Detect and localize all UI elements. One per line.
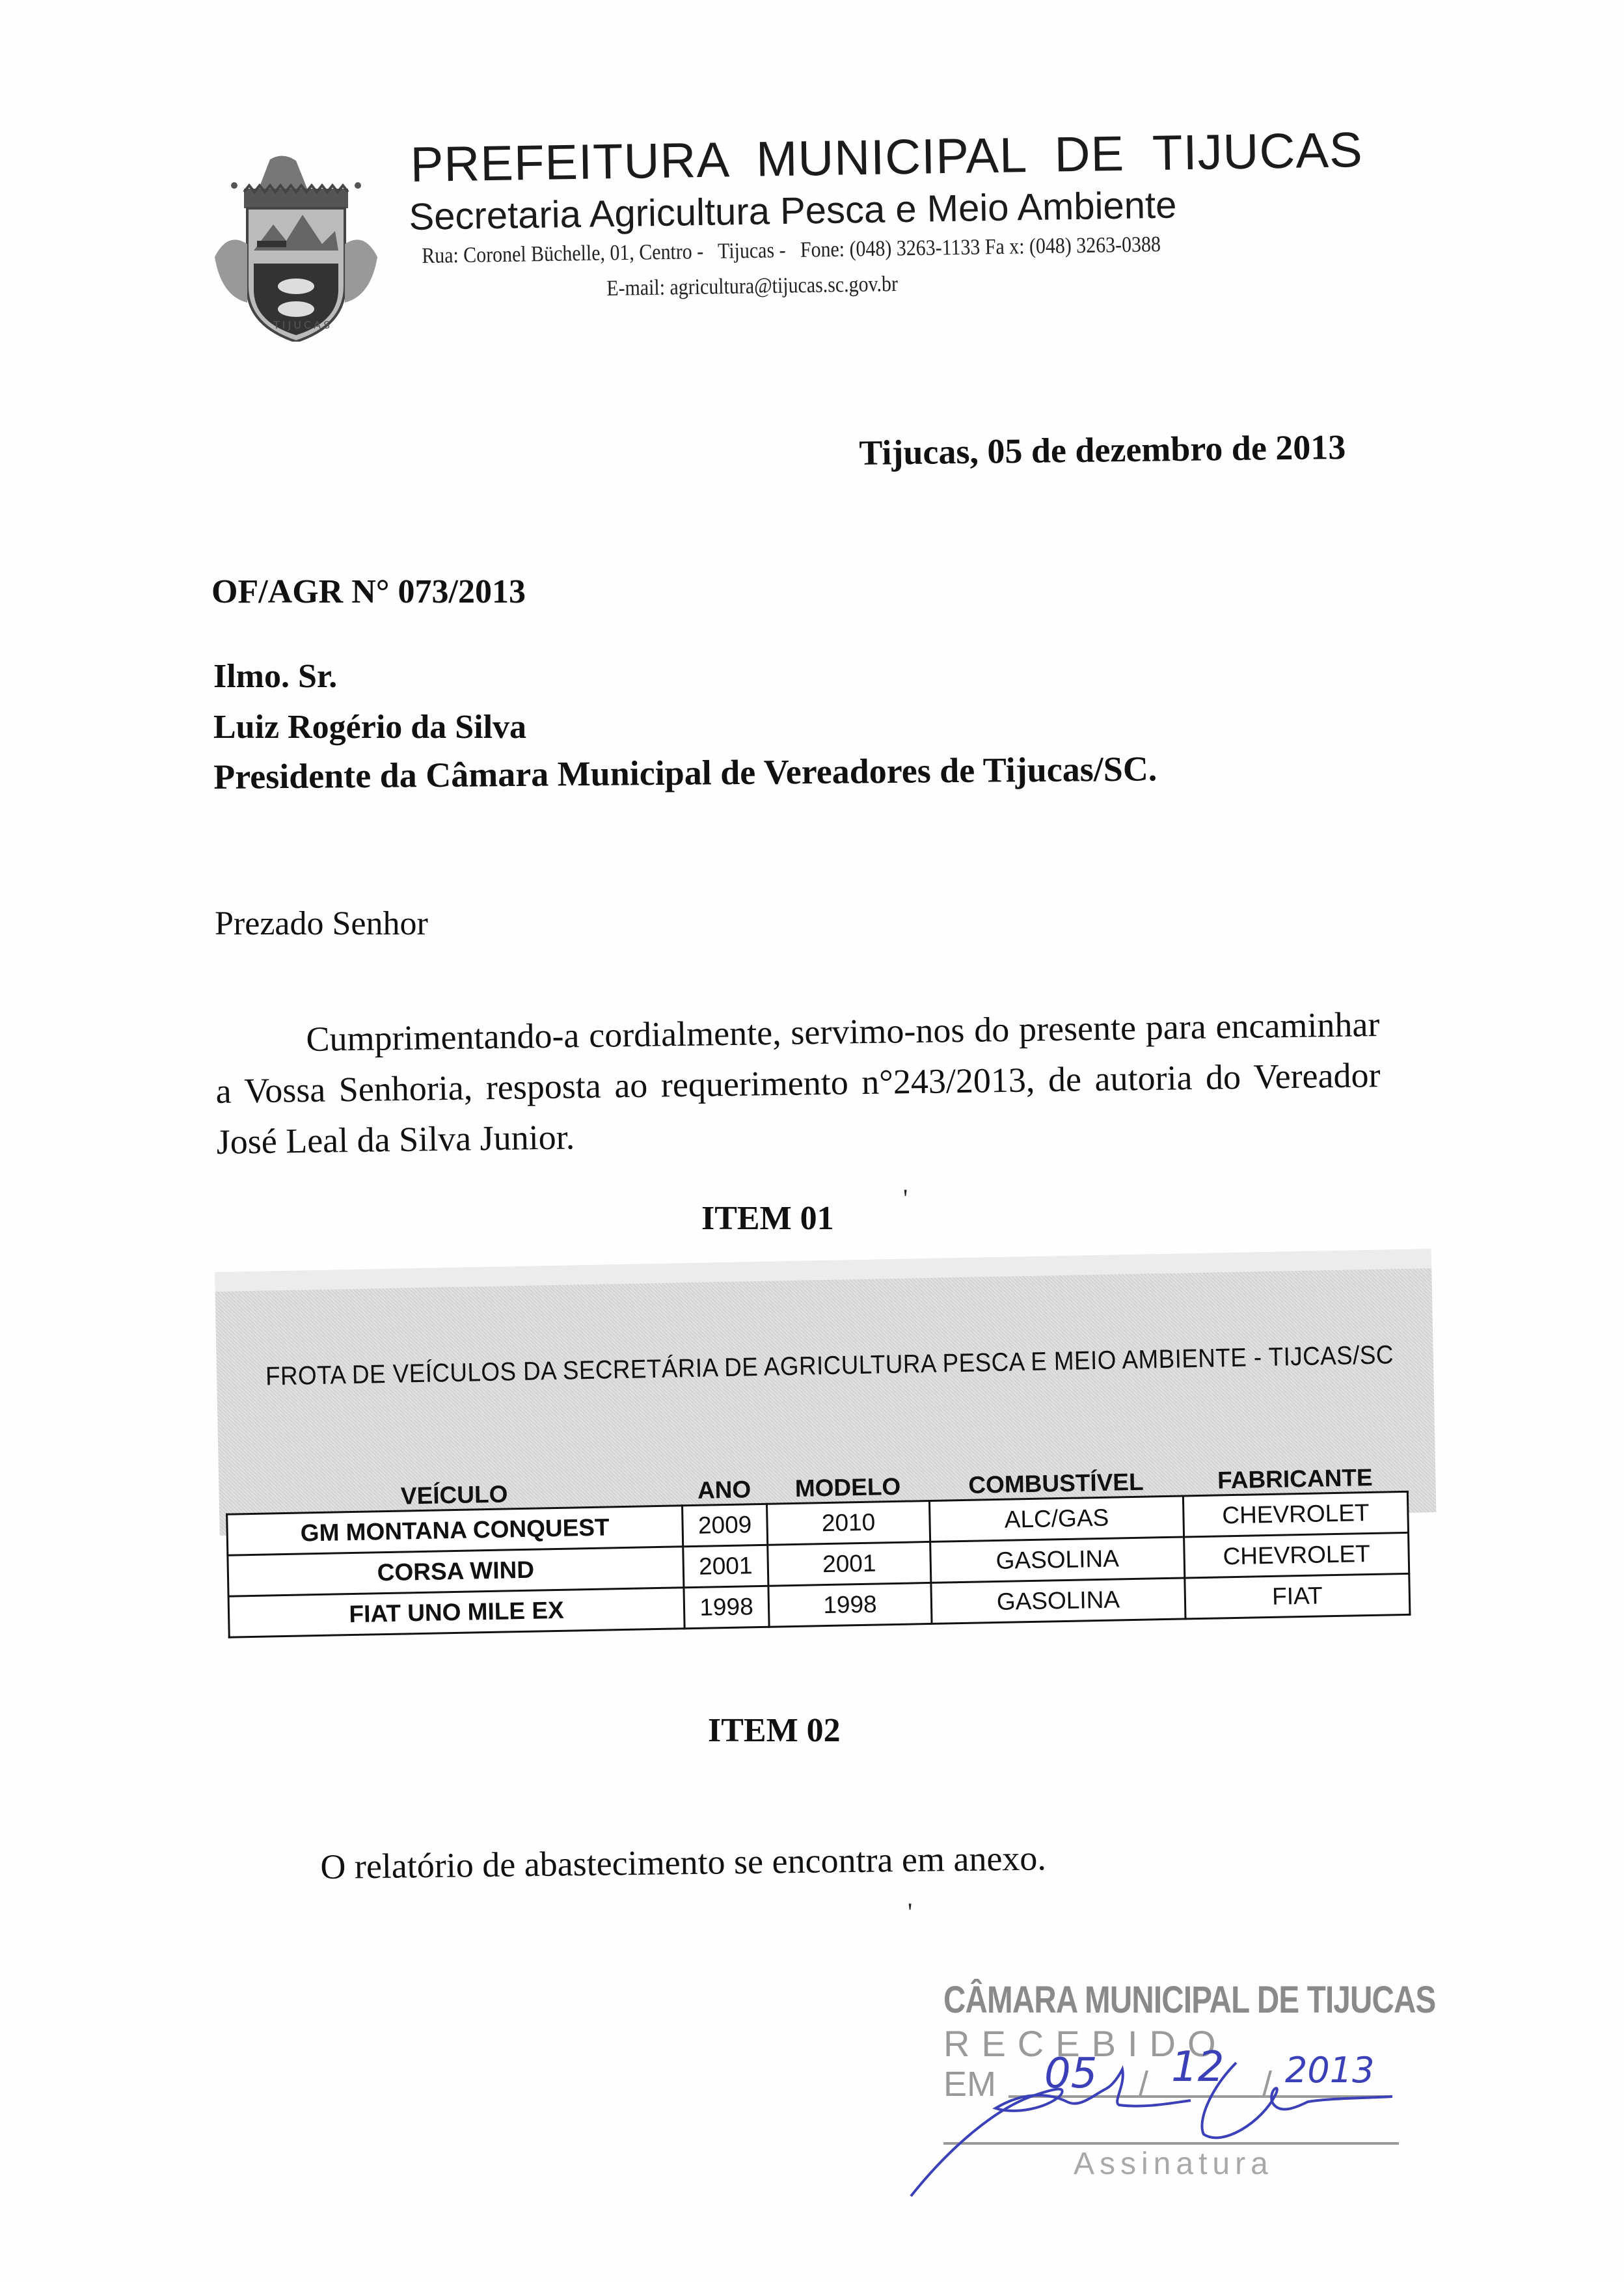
recipient-salutation: Ilmo. Sr. [213, 657, 337, 696]
table-cell: GASOLINA [931, 1578, 1185, 1623]
table-cell: ALC/GAS [929, 1496, 1184, 1542]
stamp-institution: CÂMARA MUNICIPAL DE TIJUCAS [943, 1978, 1435, 2022]
document-reference: OF/AGR N° 073/2013 [211, 573, 526, 611]
recipient-title: Presidente da Câmara Municipal de Veread… [213, 748, 1157, 797]
municipal-crest-icon: TIJUCAS [208, 153, 384, 342]
table-cell: 2001 [768, 1542, 931, 1586]
letterhead-email: E-mail: agricultura@tijucas.sc.gov.br [606, 272, 898, 301]
letterhead-address: Rua: Coronel Büchelle, 01, Centro - Tiju… [422, 232, 1161, 269]
table-cell: 1998 [768, 1582, 932, 1627]
body-text: Cumprimentando-a cordialmente, servimo-n… [215, 1005, 1381, 1161]
table-cell: FIAT [1185, 1573, 1410, 1619]
crest-label: TIJUCAS [273, 319, 332, 331]
table-cell: CHEVROLET [1184, 1532, 1409, 1578]
column-header: COMBUSTÍVEL [928, 1452, 1183, 1501]
letterhead-department: Secretaria Agricultura Pesca e Meio Ambi… [409, 183, 1177, 239]
item-02-text: O relatório de abastecimento se encontra… [320, 1838, 1046, 1887]
recipient-name: Luiz Rogério da Silva [213, 708, 526, 746]
table-cell: GASOLINA [930, 1537, 1185, 1582]
table-cell: 2001 [683, 1545, 768, 1587]
letterhead-title: PREFEITURA MUNICIPAL DE TIJUCAS [410, 122, 1363, 193]
item-01-heading: ITEM 01 [701, 1199, 834, 1238]
scan-mark: ' [908, 1897, 912, 1927]
column-header: MODELO [766, 1457, 929, 1504]
greeting: Prezado Senhor [215, 904, 428, 943]
fleet-table-block: FROTA DE VEÍCULOS DA SECRETÁRIA DE AGRIC… [215, 1249, 1438, 1637]
table-cell: 2009 [683, 1504, 768, 1546]
table-cell: 2010 [766, 1501, 930, 1545]
scan-mark: ' [903, 1183, 908, 1214]
table-cell: CHEVROLET [1183, 1491, 1408, 1537]
date-line: Tijucas, 05 de dezembro de 2013 [859, 427, 1346, 473]
column-header: ANO [681, 1460, 766, 1506]
body-paragraph: Cumprimentando-a cordialmente, servimo-n… [215, 999, 1381, 1167]
fleet-table: VEÍCULO ANO MODELO COMBUSTÍVEL FABRICANT… [225, 1448, 1411, 1638]
column-header: FABRICANTE [1182, 1448, 1407, 1496]
table-cell: FIAT UNO MILE EX [228, 1588, 684, 1637]
scanned-letter-page: TIJUCAS PREFEITURA MUNICIPAL DE TIJUCAS … [0, 0, 1624, 2282]
table-cell: 1998 [684, 1586, 769, 1628]
item-02-heading: ITEM 02 [708, 1711, 841, 1750]
handwritten-signature-icon [898, 2050, 1431, 2199]
